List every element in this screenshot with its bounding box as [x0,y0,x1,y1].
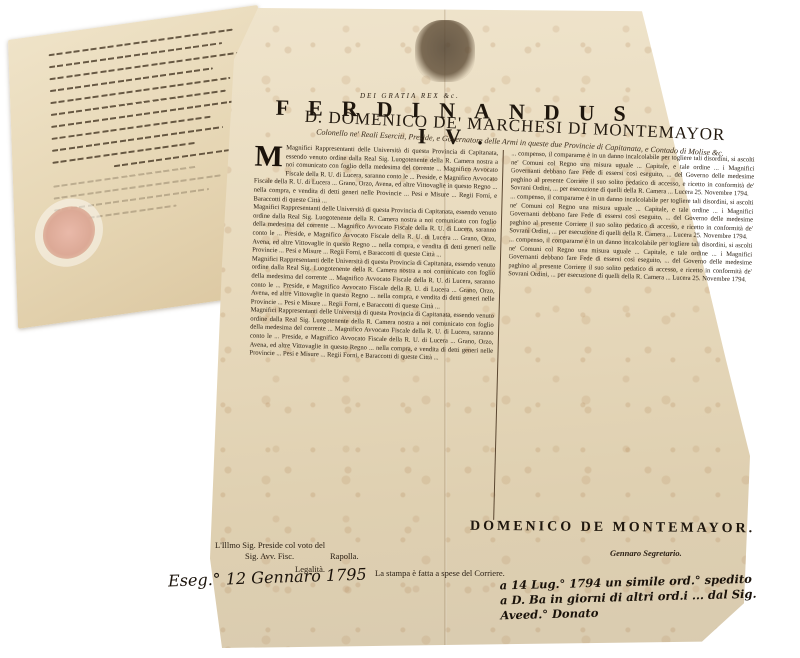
body-text-left-cont2: Magnifici Rappresentanti delle Universit… [251,255,496,313]
drop-cap: M [254,144,283,171]
body-column-right: ... compenso, il compararne è in un dann… [502,150,755,526]
photo-scene: DEI GRATIA REX &c. FERDINANDUS IV. D. DO… [0,0,800,658]
body-text-left-cont3: Magnifici Rappresentanti delle Universit… [249,307,494,365]
body-text-right: ... compenso, il compararne è in un dann… [510,150,755,199]
printed-signature: DOMENICO DE MONTEMAYOR. [470,519,755,537]
footer-rapolla: Rapolla. [330,551,359,561]
body-text-right-cont: ... compenso, il compararne è in un dann… [509,193,754,242]
body-text-right-cont2: ... compenso, il compararne è in un dann… [508,236,753,285]
wax-seal [42,203,96,262]
footer-avvocato: Sig. Avv. Fisc. [245,551,294,561]
coat-of-arms-icon [415,20,475,82]
footer-printing-note: La stampa è fatta a spese del Corriere. [375,568,505,578]
footer-preside: L'Illmo Sig. Preside col voto del [215,540,325,550]
body-text-left-cont: Magnifici Rappresentanti delle Universit… [252,204,497,262]
handwritten-margin-note: a 14 Lug.° 1794 un simile ord.° spedito … [499,572,760,624]
body-column-left: M Magnifici Rappresentanti delle Univers… [245,144,503,520]
body-text-left: Magnifici Rappresentanti delle Universit… [253,144,498,211]
proclamation-body: M Magnifici Rappresentanti delle Univers… [245,144,755,527]
footer-secretary: Gennaro Segretario. [610,548,682,558]
